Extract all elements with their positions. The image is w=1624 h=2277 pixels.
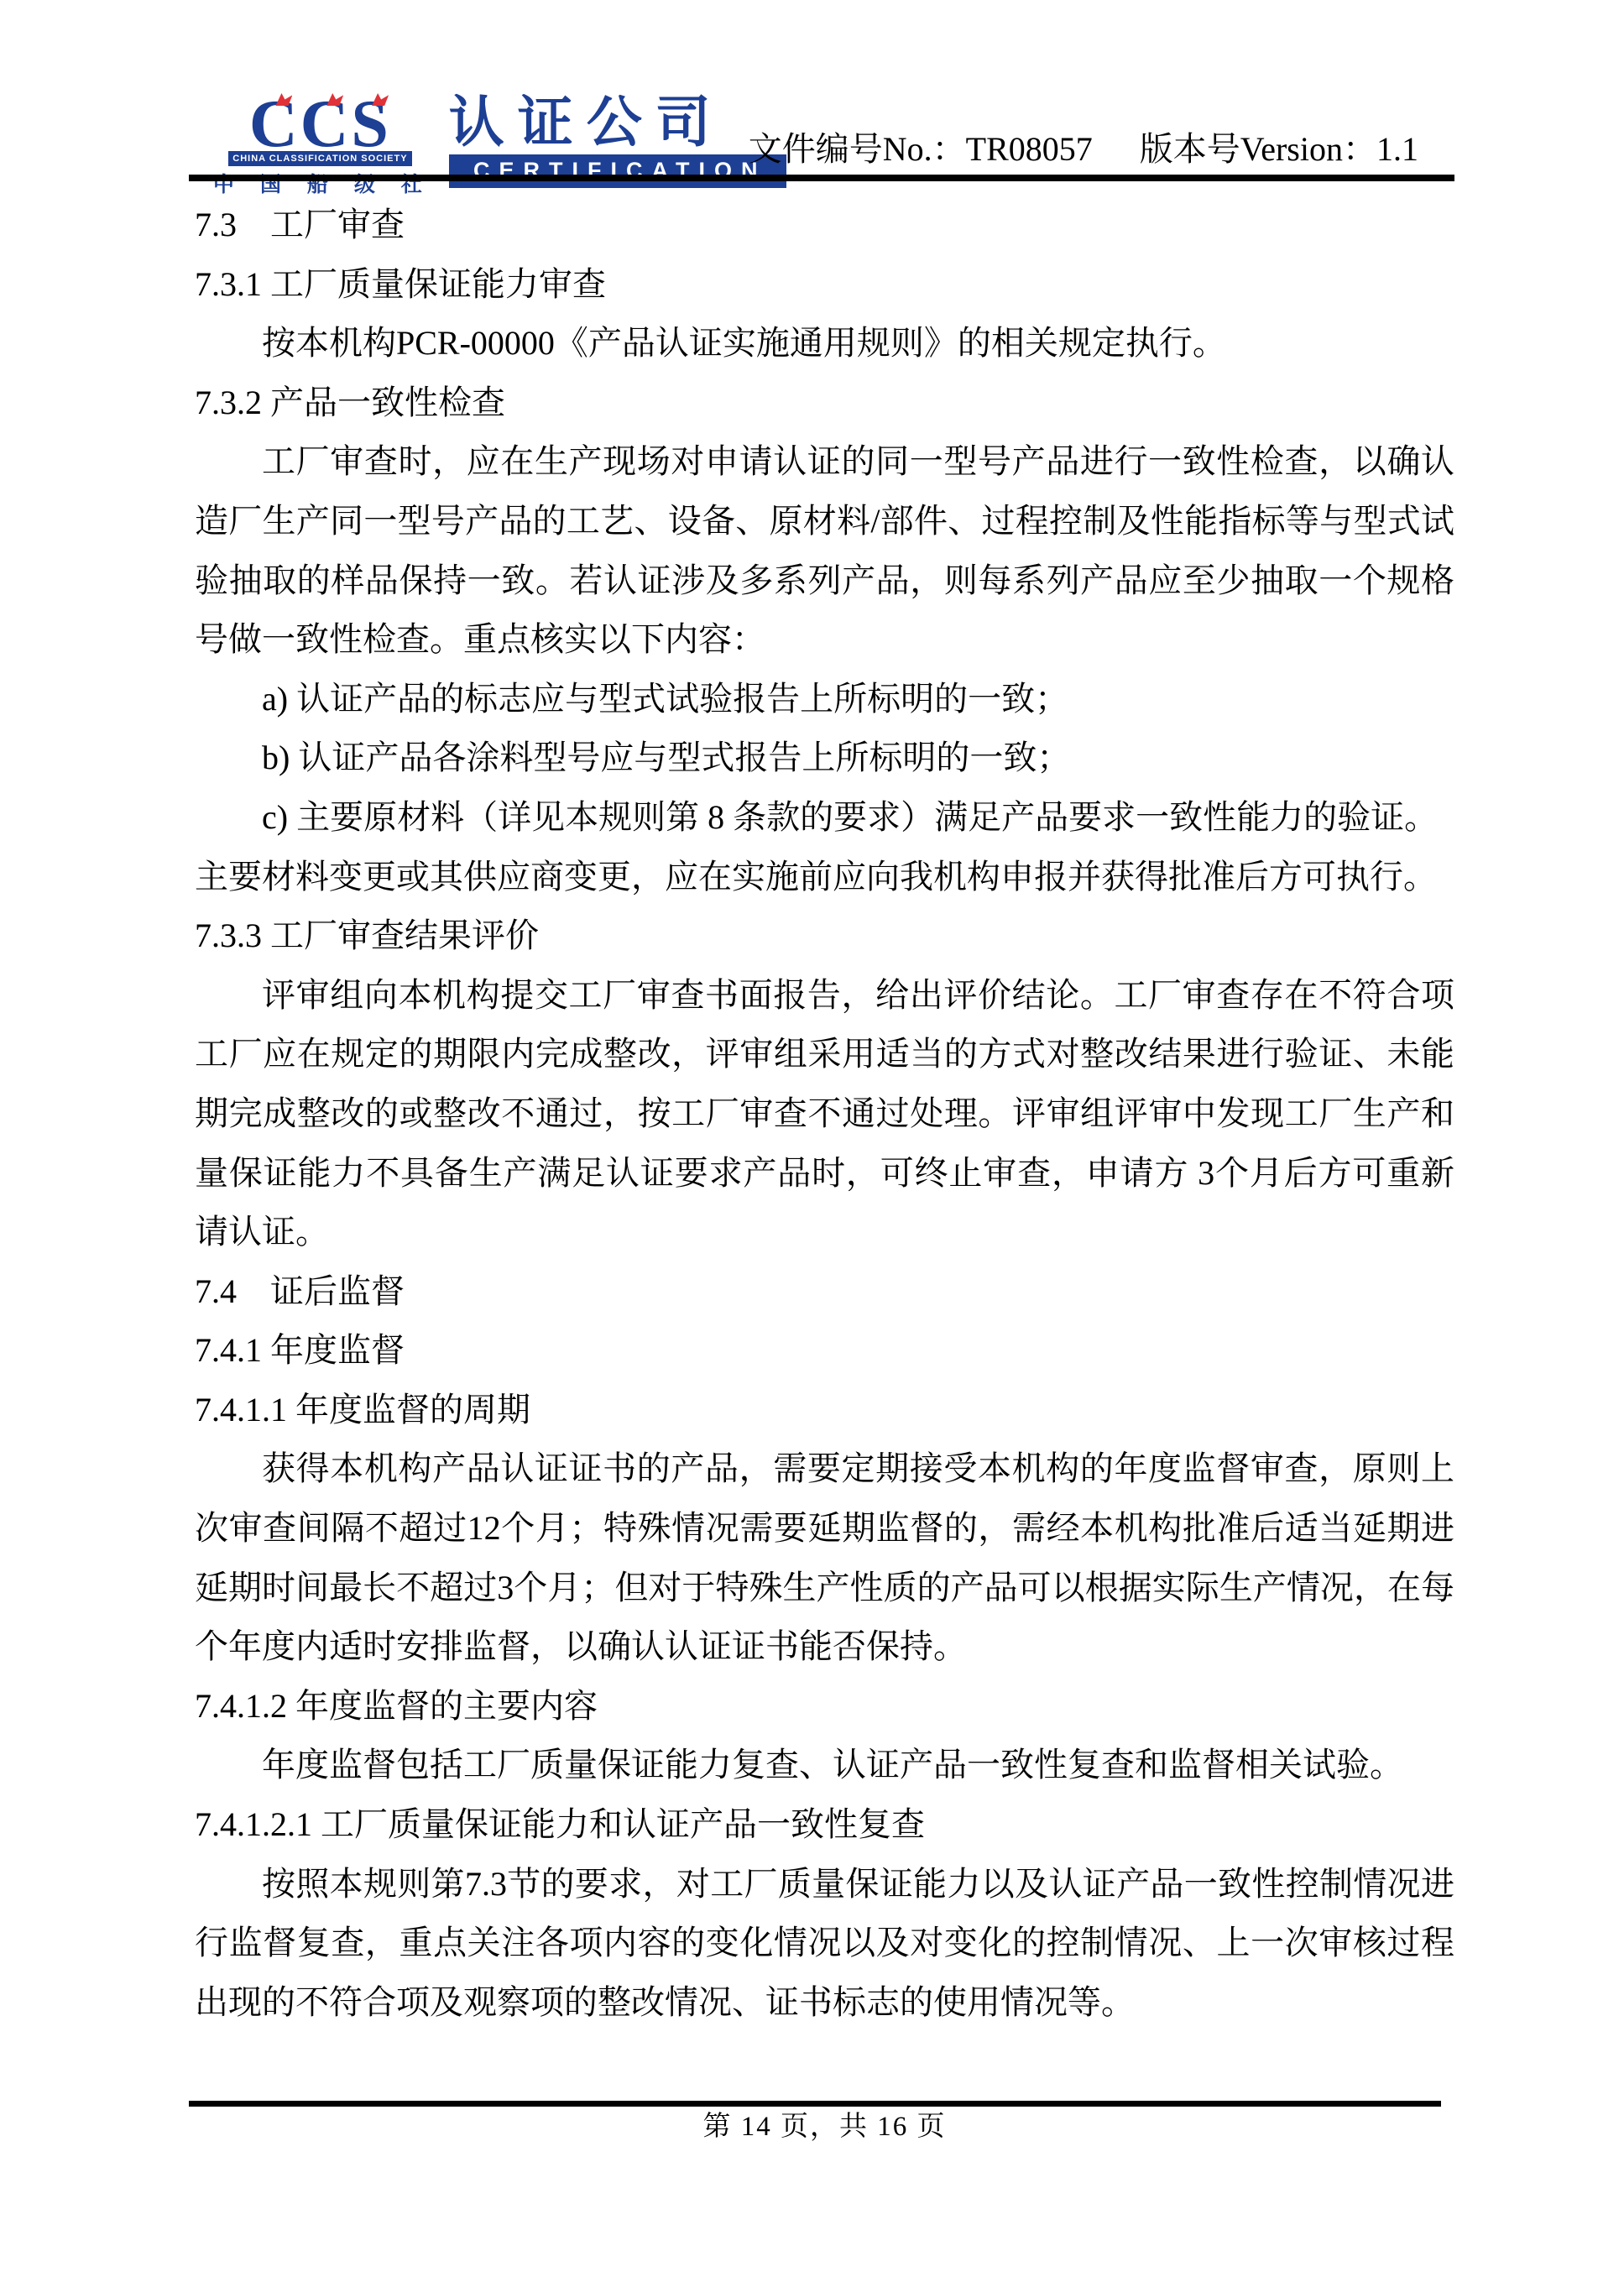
document-page: C C S CHINA CLASSIFICATION SOCIETY 中 国 船… [0, 0, 1624, 2277]
doc-meta: 文件编号No.：TR08057 版本号Version：1.1 [0, 123, 1418, 170]
text-line: 个年度内适时安排监督，以确认认证证书能否保持。 [195, 1617, 1454, 1677]
text-line: 工厂应在规定的期限内完成整改，评审组采用适当的方式对整改结果进行验证、未能按 [195, 1025, 1454, 1084]
heading-line: 7.4.1 年度监督 [195, 1321, 1454, 1381]
heading-line: 7.3 工厂审查 [195, 196, 1454, 255]
text-line: c) 主要原材料（详见本规则第 8 条款的要求）满足产品要求一致性能力的验证。 [195, 788, 1454, 848]
heading-line: 7.3.2 产品一致性检查 [195, 373, 1454, 433]
text-line: 期完成整改的或整改不通过，按工厂审查不通过处理。评审组评审中发现工厂生产和质 [195, 1084, 1454, 1144]
text-line: 造厂生产同一型号产品的工艺、设备、原材料/部件、过程控制及性能指标等与型式试 [195, 492, 1454, 551]
text-line: 评审组向本机构提交工厂审查书面报告，给出评价结论。工厂审查存在不符合项时， [195, 966, 1454, 1026]
text-line: a) 认证产品的标志应与型式试验报告上所标明的一致； [195, 670, 1454, 729]
text-line: 行监督复查，重点关注各项内容的变化情况以及对变化的控制情况、上一次审核过程中 [195, 1914, 1454, 1973]
text-line: 年度监督包括工厂质量保证能力复查、认证产品一致性复查和监督相关试验。 [195, 1736, 1454, 1795]
text-line: b) 认证产品各涂料型号应与型式报告上所标明的一致； [195, 729, 1454, 788]
text-line: 按照本规则第7.3节的要求，对工厂质量保证能力以及认证产品一致性控制情况进 [195, 1855, 1454, 1914]
header-rule [189, 175, 1454, 181]
heading-line: 7.3.1 工厂质量保证能力审查 [195, 255, 1454, 315]
text-line: 号做一致性检查。重点核实以下内容： [195, 610, 1454, 670]
page-number: 第 14 页，共 16 页 [195, 2105, 1454, 2149]
text-line: 按本机构PCR-00000《产品认证实施通用规则》的相关规定执行。 [195, 314, 1454, 373]
doc-number: 文件编号No.：TR08057 [749, 130, 1093, 168]
text-line: 延期时间最长不超过3个月；但对于特殊生产性质的产品可以根据实际生产情况，在每 [195, 1559, 1454, 1618]
doc-version: 版本号Version：1.1 [1140, 130, 1418, 168]
heading-line: 7.4.1.2.1 工厂质量保证能力和认证产品一致性复查 [195, 1795, 1454, 1855]
text-line: 获得本机构产品认证证书的产品，需要定期接受本机构的年度监督审查，原则上两 [195, 1439, 1454, 1499]
text-line: 出现的不符合项及观察项的整改情况、证书标志的使用情况等。 [195, 1973, 1454, 2033]
text-line: 次审查间隔不超过12个月；特殊情况需要延期监督的，需经本机构批准后适当延期进行， [195, 1499, 1454, 1559]
society-name-cn: 中 国 船 级 社 [208, 168, 432, 198]
heading-line: 7.3.3 工厂审查结果评价 [195, 906, 1454, 966]
text-line: 请认证。 [195, 1203, 1454, 1262]
text-line: 主要材料变更或其供应商变更，应在实施前应向我机构申报并获得批准后方可执行。 [195, 848, 1454, 907]
heading-line: 7.4 证后监督 [195, 1262, 1454, 1322]
heading-line: 7.4.1.2 年度监督的主要内容 [195, 1677, 1454, 1736]
text-line: 量保证能力不具备生产满足认证要求产品时，可终止审查，申请方 3个月后方可重新申 [195, 1144, 1454, 1204]
heading-line: 7.4.1.1 年度监督的周期 [195, 1381, 1454, 1440]
text-line: 验抽取的样品保持一致。若认证涉及多系列产品，则每系列产品应至少抽取一个规格型 [195, 551, 1454, 611]
document-body: 7.3 工厂审查7.3.1 工厂质量保证能力审查按本机构PCR-00000《产品… [195, 196, 1454, 2032]
text-line: 工厂审查时，应在生产现场对申请认证的同一型号产品进行一致性检查，以确认制 [195, 432, 1454, 492]
